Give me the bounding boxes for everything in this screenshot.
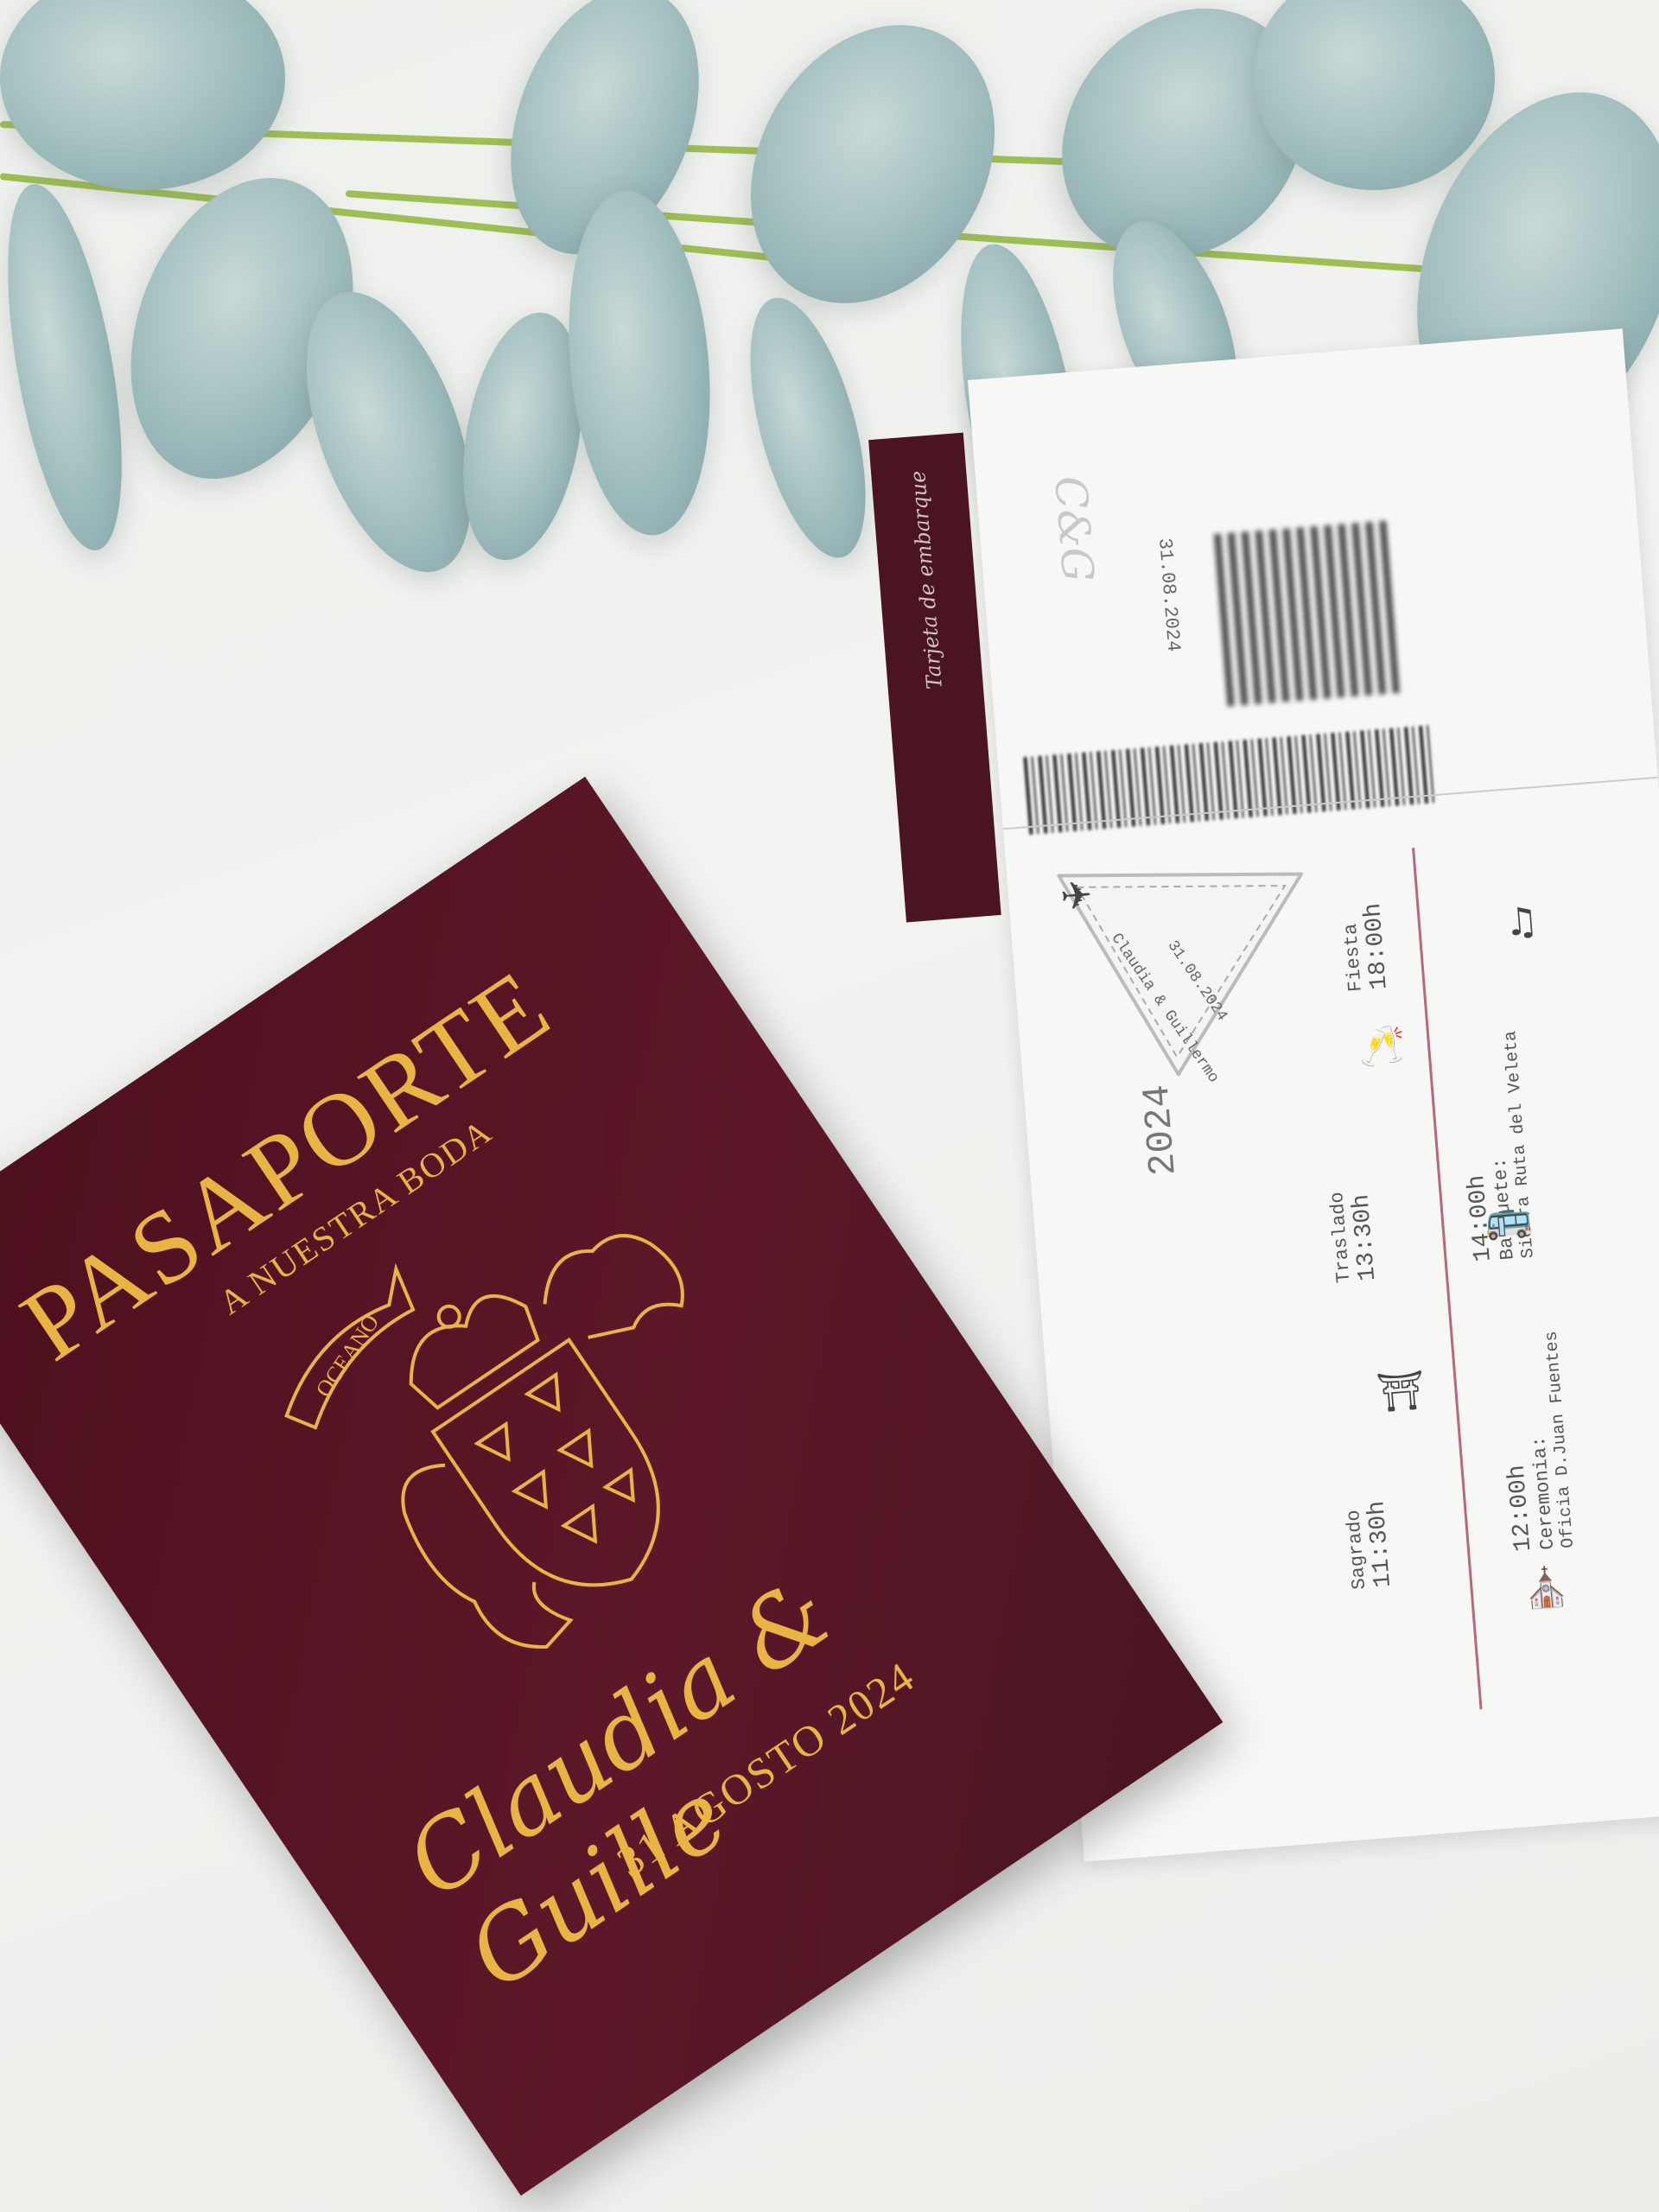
event-sagrado: Sagrado 11:30h	[1342, 1500, 1397, 1591]
music-notes-icon: ♫	[1503, 899, 1540, 945]
airplane-icon: ✈	[1058, 874, 1094, 920]
barcode	[1023, 725, 1434, 835]
strip-label: Tarjeta de embarque	[906, 470, 947, 690]
event-ceremonia: 12:00h Ceremonia: Oficia D.Juan Fuentes	[1494, 1330, 1580, 1552]
event-traslado: Traslado 13:30h	[1326, 1189, 1382, 1284]
partial-year: 2024	[1136, 1083, 1186, 1177]
monogram: C&G	[1045, 474, 1103, 584]
toast-glasses-icon: 🥂	[1357, 1022, 1408, 1071]
arch-icon: ⛩	[1375, 1367, 1427, 1415]
qr-code	[1214, 521, 1400, 707]
timeline-line	[1412, 848, 1482, 1709]
header-date: 31.08.2024	[1154, 537, 1184, 653]
svg-text:OCEANO: OCEANO	[311, 1310, 385, 1402]
ticket-side-strip: Tarjeta de embarque	[868, 433, 1001, 923]
church-icon: ⛪	[1521, 1564, 1572, 1612]
event-fiesta: Fiesta 18:00h	[1338, 902, 1394, 993]
bus-icon: 🚌	[1483, 1194, 1534, 1243]
